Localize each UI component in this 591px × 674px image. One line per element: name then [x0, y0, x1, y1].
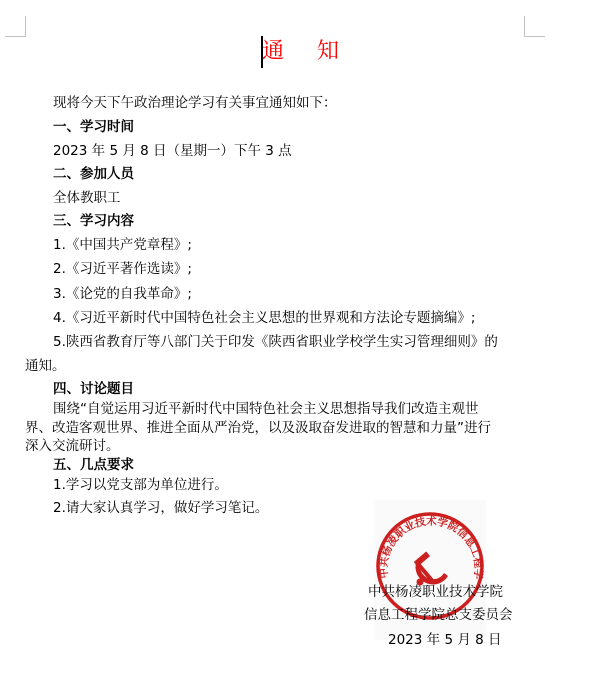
content-item-3: 3.《论党的自我革命》;: [53, 285, 192, 303]
section-participants-content: 全体教职工: [53, 189, 121, 207]
section-heading-participants: 二、参加人员: [53, 165, 134, 183]
content-item-1: 1.《中国共产党章程》;: [53, 236, 192, 254]
content-item-2: 2.《习近平著作选读》;: [53, 260, 192, 278]
discussion-line-1: 围绕“自觉运用习近平新时代中国特色社会主义思想指导我们改造主观世: [53, 400, 479, 418]
page-corner-top-left-vertical: [25, 16, 26, 37]
signature-org-line-1: 中共杨凌职业技术学院: [368, 583, 503, 601]
section-heading-requirements: 五、几点要求: [53, 456, 134, 474]
content-item-5-continuation: 通知。: [25, 357, 66, 375]
section-heading-time: 一、学习时间: [53, 118, 134, 136]
section-heading-content: 三、学习内容: [53, 212, 134, 230]
intro-paragraph: 现将今天下午政治理论学习有关事宜通知如下：: [53, 94, 337, 112]
page-corner-top-right-vertical: [524, 16, 525, 37]
page-corner-top-right-horizontal: [524, 36, 545, 37]
section-time-content: 2023 年 5 月 8 日（星期一）下午 3 点: [53, 142, 292, 160]
document-title: 通知: [262, 36, 339, 68]
requirement-item-1: 1.学习以党支部为单位进行。: [53, 476, 228, 494]
content-item-5: 5.陕西省教育厅等八部门关于印发《陕西省职业学校学生实习管理细则》的: [53, 333, 498, 351]
title-char-2: 知: [317, 36, 339, 68]
content-item-4: 4.《习近平新时代中国特色社会主义思想的世界观和方法论专题摘编》;: [53, 309, 475, 327]
requirement-item-2: 2.请大家认真学习，做好学习笔记。: [53, 499, 268, 517]
signature-date: 2023 年 5 月 8 日: [388, 631, 502, 649]
title-char-1: 通: [262, 36, 284, 68]
section-heading-discussion: 四、讨论题目: [53, 380, 134, 398]
signature-org-line-2: 信息工程学院总支委员会: [364, 606, 513, 624]
discussion-line-2: 界、改造客观世界、推进全面从严治党，以及汲取奋发进取的智慧和力量”进行: [25, 419, 491, 437]
discussion-line-3: 深入交流研讨。: [25, 437, 120, 455]
page-corner-top-left-horizontal: [5, 36, 26, 37]
